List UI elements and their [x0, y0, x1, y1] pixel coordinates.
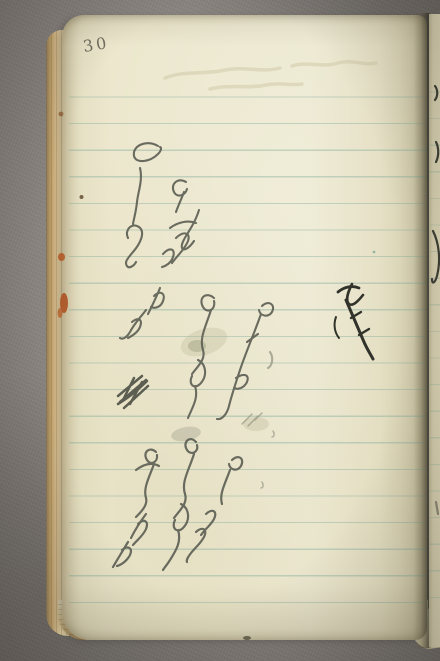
ruled-lines [69, 71, 427, 618]
notebook-photograph: 30 [0, 0, 440, 661]
page-number: 30 [82, 33, 111, 56]
notebook-page: 30 [62, 15, 427, 640]
facing-page-sliver [429, 14, 440, 647]
facing-page-ruled-lines [429, 66, 440, 622]
